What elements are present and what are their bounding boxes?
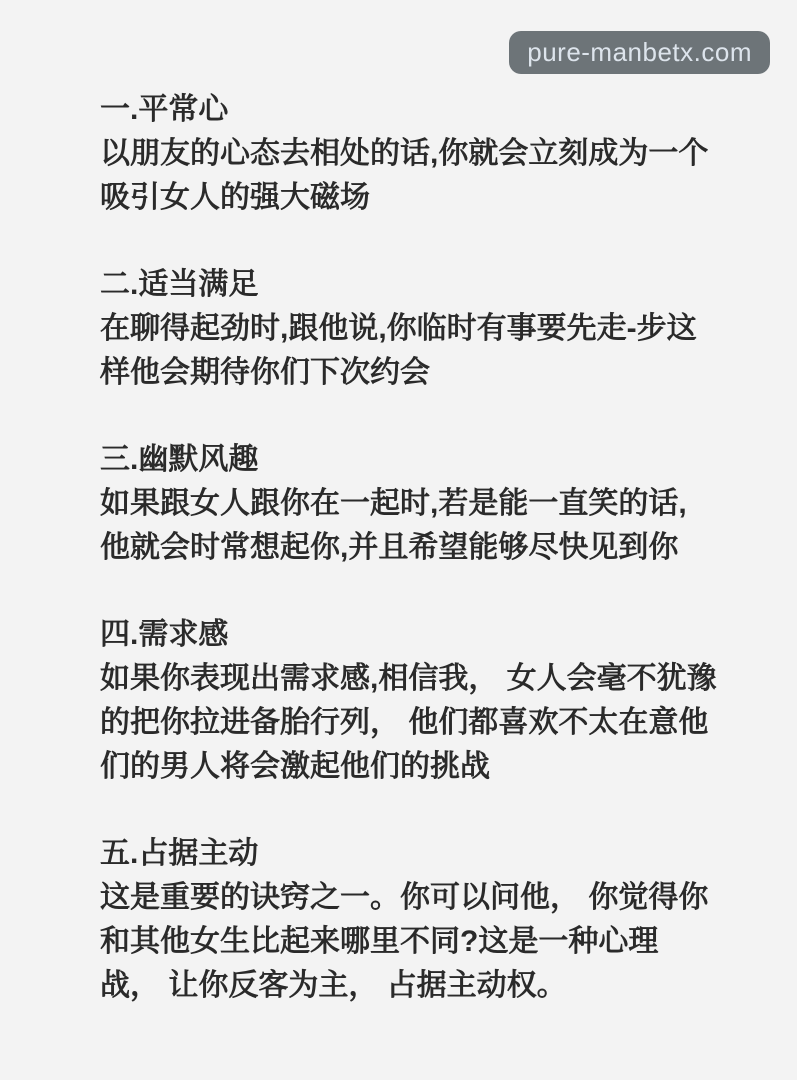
section-5: 五.占据主动 这是重要的诀窍之一。你可以问他， 你觉得你 和其他女生比起来哪里不… xyxy=(100,832,720,1008)
section-3-line: 他就会时常想起你,并且希望能够尽快见到你 xyxy=(100,526,720,570)
section-4-line: 的把你拉进备胎行列， 他们都喜欢不太在意他 xyxy=(100,701,720,745)
watermark-badge: pure-manbetx.com xyxy=(509,31,770,74)
section-2-heading: 二.适当满足 xyxy=(100,263,720,307)
section-1-heading: 一.平常心 xyxy=(100,88,720,132)
section-1-line: 吸引女人的强大磁场 xyxy=(100,176,720,220)
section-1-line: 以朋友的心态去相处的话,你就会立刻成为一个 xyxy=(100,132,720,176)
section-2-line: 在聊得起劲时,跟他说,你临时有事要先走-步这 xyxy=(100,307,720,351)
section-5-line: 这是重要的诀窍之一。你可以问他， 你觉得你 xyxy=(100,876,720,920)
section-2-line: 样他会期待你们下次约会 xyxy=(100,351,720,395)
section-4: 四.需求感 如果你表现出需求感,相信我， 女人会毫不犹豫 的把你拉进备胎行列， … xyxy=(100,613,720,789)
section-5-heading: 五.占据主动 xyxy=(100,832,720,876)
section-2: 二.适当满足 在聊得起劲时,跟他说,你临时有事要先走-步这 样他会期待你们下次约… xyxy=(100,263,720,395)
section-3-line: 如果跟女人跟你在一起时,若是能一直笑的话, xyxy=(100,482,720,526)
section-4-line: 如果你表现出需求感,相信我， 女人会毫不犹豫 xyxy=(100,657,720,701)
section-4-heading: 四.需求感 xyxy=(100,613,720,657)
watermark-label: pure-manbetx.com xyxy=(527,37,752,68)
section-3: 三.幽默风趣 如果跟女人跟你在一起时,若是能一直笑的话, 他就会时常想起你,并且… xyxy=(100,438,720,570)
section-5-line: 战， 让你反客为主， 占据主动权。 xyxy=(100,964,720,1008)
section-3-heading: 三.幽默风趣 xyxy=(100,438,720,482)
section-5-line: 和其他女生比起来哪里不同?这是一种心理 xyxy=(100,920,720,964)
article-body: 一.平常心 以朋友的心态去相处的话,你就会立刻成为一个 吸引女人的强大磁场 二.… xyxy=(100,88,720,1051)
section-1: 一.平常心 以朋友的心态去相处的话,你就会立刻成为一个 吸引女人的强大磁场 xyxy=(100,88,720,220)
section-4-line: 们的男人将会激起他们的挑战 xyxy=(100,745,720,789)
